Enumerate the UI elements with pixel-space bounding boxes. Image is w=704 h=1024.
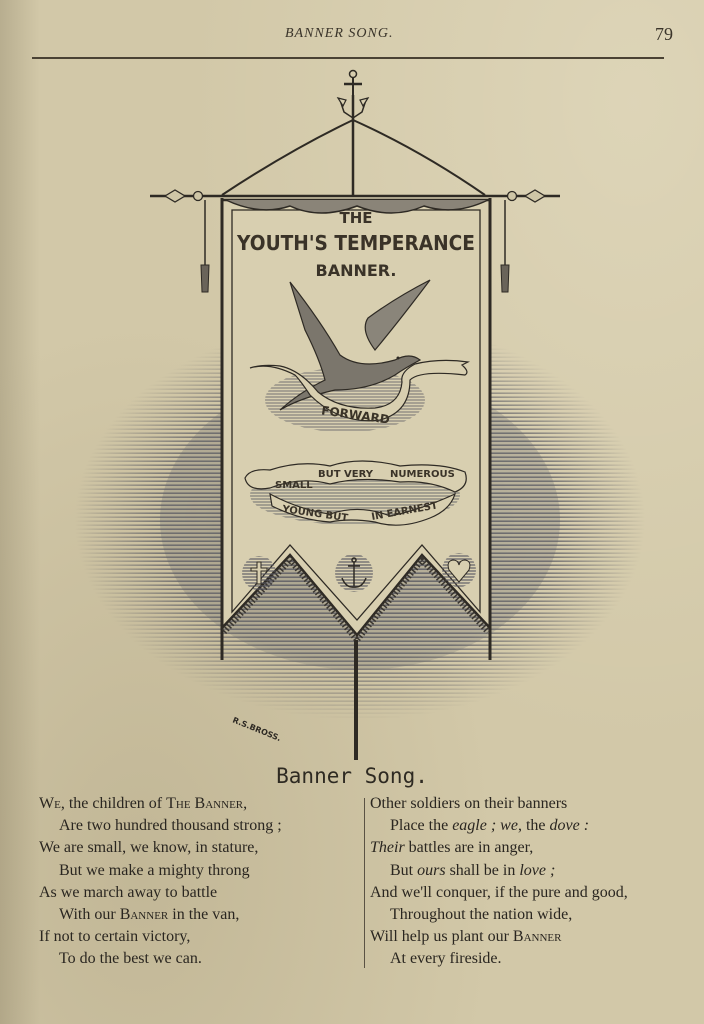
poem-line-text: Banner [120, 906, 169, 923]
poem-line: If not to certain victory, [39, 926, 359, 948]
engraver-signature: R.S.BROSS. [231, 716, 282, 744]
poem-line-text: eagle ; we [452, 817, 518, 834]
poem-line-text: We [39, 795, 61, 812]
poem-line-text: Banner [513, 928, 562, 945]
poem-line-text: Throughout the nation wide, [390, 906, 572, 923]
poem-line: And we'll conquer, if the pure and good, [370, 882, 700, 904]
banner-illustration: THE YOUTH'S TEMPERANCE BANNER. FORWARD S… [0, 60, 704, 770]
poem-line: We are small, we know, in stature, [39, 837, 359, 859]
poem-line-text: As we march away to battle [39, 884, 217, 901]
poem-line-text: To do the best we can. [59, 950, 202, 967]
running-title: BANNER SONG. [285, 26, 393, 42]
poem-line-text: We are small, we know, in stature, [39, 839, 258, 856]
poem-line: Other soldiers on their banners [370, 793, 700, 815]
svg-text:THE: THE [339, 209, 372, 227]
poem-line-text: At every fireside. [390, 950, 502, 967]
poem-line: Place the eagle ; we, the dove : [370, 815, 700, 837]
svg-text:YOUTH'S TEMPERANCE: YOUTH'S TEMPERANCE [236, 231, 475, 255]
poem-line-text: And we'll conquer, if the pure and good, [370, 884, 628, 901]
svg-text:SMALL: SMALL [275, 480, 313, 491]
poem-line: With our Banner in the van, [39, 904, 359, 926]
header-rule [32, 57, 664, 59]
poem-line: But ours shall be in love ; [370, 860, 700, 882]
poem-line-text: Other soldiers on their banners [370, 795, 567, 812]
cross-icon [242, 556, 276, 590]
poem-line: Throughout the nation wide, [370, 904, 700, 926]
poem-line-text: If not to certain victory, [39, 928, 190, 945]
poem-line-text: But [390, 862, 417, 879]
poem-line: We, the children of The Banner, [39, 793, 359, 815]
poem-stanza-right: Other soldiers on their bannersPlace the… [370, 793, 700, 971]
poem-line-text: dove : [550, 817, 590, 834]
poem-line: To do the best we can. [39, 948, 359, 970]
poem-line-text: Their [370, 839, 405, 856]
poem-line: Are two hundred thousand strong ; [39, 815, 359, 837]
poem-line-text: shall be in [446, 862, 520, 879]
svg-text:NUMEROUS: NUMEROUS [390, 469, 455, 480]
poem-line: Their battles are in anger, [370, 837, 700, 859]
poem-stanza-left: We, the children of The Banner,Are two h… [39, 793, 359, 971]
poem-line-text: The Banner [166, 795, 243, 812]
poem-line-text: , the [518, 817, 550, 834]
poem-line-text: , [243, 795, 247, 812]
anchor-icon [335, 554, 373, 592]
poem-line-text: battles are in anger, [405, 839, 534, 856]
svg-text:BANNER.: BANNER. [316, 261, 397, 280]
poem-line-text: Are two hundred thousand strong ; [59, 817, 282, 834]
poem-line-text: love ; [519, 862, 555, 879]
running-head: BANNER SONG. 79 [0, 24, 704, 46]
page-number: 79 [655, 24, 673, 45]
poem-line: But we make a mighty throng [39, 860, 359, 882]
poem-line-text: Will help us plant our [370, 928, 513, 945]
poem-line: As we march away to battle [39, 882, 359, 904]
poem-line-text: Place the [390, 817, 452, 834]
heart-icon [442, 553, 476, 587]
poem-line-text: ours [417, 862, 445, 879]
poem-line: At every fireside. [370, 948, 700, 970]
svg-text:BUT VERY: BUT VERY [318, 469, 374, 480]
poem-line-text: But we make a mighty throng [59, 862, 250, 879]
poem-line: Will help us plant our Banner [370, 926, 700, 948]
poem-title: Banner Song. [0, 764, 704, 788]
poem-line-text: With our [59, 906, 120, 923]
poem-line-text: in the van, [168, 906, 239, 923]
column-divider [364, 798, 365, 968]
poem-line-text: , the children of [61, 795, 166, 812]
book-page: BANNER SONG. 79 [0, 0, 704, 1024]
